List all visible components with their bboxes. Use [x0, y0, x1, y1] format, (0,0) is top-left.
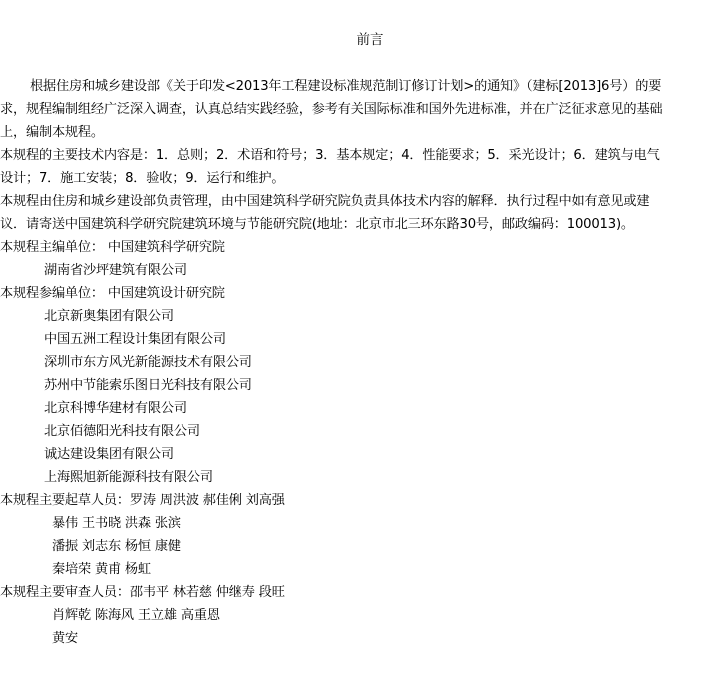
participating-units-label: 本规程参编单位： [0, 286, 104, 301]
participating-unit: 诚达建设集团有限公司 [44, 446, 174, 464]
intro-line-1: 根据住房和城乡建设部《关于印发<2013年工程建设标准规范制订修订计划>的通知》… [30, 78, 661, 96]
chief-editor: 湖南省沙坪建筑有限公司 [44, 262, 187, 280]
reviewers-row: 本规程主要审查人员：邵韦平 林若慈 仲继寿 段旺 [0, 584, 285, 602]
management-line-1: 本规程由住房和城乡建设部负责管理，由中国建筑科学研究院负责具体技术内容的解释．执… [0, 193, 649, 211]
drafter-names: 秦培荣 黄甫 杨虹 [52, 561, 151, 579]
participating-units-row: 本规程参编单位： 中国建筑设计研究院 [0, 285, 225, 303]
content-line-1: 本规程的主要技术内容是：1．总则；2．术语和符号；3．基本规定；4．性能要求；5… [0, 147, 660, 165]
reviewer-names: 黄安 [52, 630, 78, 648]
participating-unit: 北京科博华建材有限公司 [44, 400, 187, 418]
drafter-names: 潘振 刘志东 杨恒 康健 [52, 538, 181, 556]
management-line-2: 议．请寄送中国建筑科学研究院建筑环境与节能研究院(地址：北京市北三环东路30号，… [0, 216, 634, 234]
participating-unit: 深圳市东方风光新能源技术有限公司 [44, 354, 252, 372]
participating-unit: 中国五洲工程设计集团有限公司 [44, 331, 226, 349]
participating-unit: 上海熙旭新能源科技有限公司 [44, 469, 213, 487]
reviewer-names: 邵韦平 林若慈 仲继寿 段旺 [130, 585, 285, 600]
participating-unit: 苏州中节能索乐图日光科技有限公司 [44, 377, 252, 395]
chief-editors-label: 本规程主编单位： [0, 240, 104, 255]
intro-line-3: 上，编制本规程。 [0, 124, 104, 142]
participating-unit: 北京新奥集团有限公司 [44, 308, 174, 326]
drafter-names: 暴伟 王书晓 洪森 张滨 [52, 515, 181, 533]
intro-line-2: 求，规程编制组经广泛深入调查，认真总结实践经验，参考有关国际标准和国外先进标准，… [0, 101, 662, 119]
drafter-names: 罗涛 周洪波 郝佳俐 刘高强 [130, 493, 285, 508]
drafters-label: 本规程主要起草人员： [0, 493, 130, 508]
drafters-row: 本规程主要起草人员：罗涛 周洪波 郝佳俐 刘高强 [0, 492, 285, 510]
page-title: 前言 [0, 31, 720, 49]
reviewer-names: 肖辉乾 陈海风 王立雄 高重恩 [52, 607, 220, 625]
participating-unit: 中国建筑设计研究院 [108, 286, 225, 301]
content-line-2: 设计；7．施工安装；8．验收；9．运行和维护。 [0, 170, 284, 188]
chief-editors-row: 本规程主编单位： 中国建筑科学研究院 [0, 239, 225, 257]
reviewers-label: 本规程主要审查人员： [0, 585, 130, 600]
participating-unit: 北京佰德阳光科技有限公司 [44, 423, 200, 441]
chief-editor: 中国建筑科学研究院 [108, 240, 225, 255]
